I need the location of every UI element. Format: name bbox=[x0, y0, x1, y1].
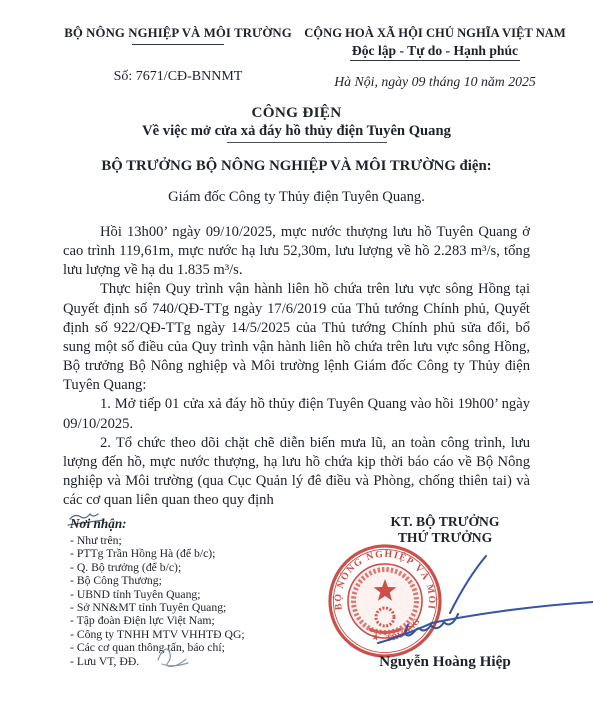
document-type-title: CÔNG ĐIỆN bbox=[0, 104, 593, 122]
order-item-1: 1. Mở tiếp 01 cửa xả đáy hồ thủy điện Tu… bbox=[63, 395, 530, 433]
recipients-block: Nơi nhận: - Như trên; - PTTg Trần Hồng H… bbox=[70, 516, 332, 668]
issuing-org-block: BỘ NÔNG NGHIỆP VÀ MÔI TRƯỜNG Số: 7671/CĐ… bbox=[56, 26, 300, 85]
paragraph-status: Hồi 13h00’ ngày 09/10/2025, mực nước thư… bbox=[63, 223, 530, 280]
recipient-item: - Tập đoàn Điện lực Việt Nam; bbox=[70, 614, 332, 627]
recipients-list: - Như trên; - PTTg Trần Hồng Hà (để b/c)… bbox=[70, 534, 332, 668]
paragraph-legal-basis: Thực hiện Quy trình vận hành liên hồ chứ… bbox=[63, 280, 530, 395]
recipients-heading: Nơi nhận: bbox=[70, 516, 332, 532]
national-title: CỘNG HOÀ XÃ HỘI CHỦ NGHĨA VIỆT NAM bbox=[300, 26, 570, 41]
recipient-item: - Như trên; bbox=[70, 534, 332, 547]
recipient-item: - Sở NN&MT tỉnh Tuyên Quang; bbox=[70, 601, 332, 614]
signer-title-line1: KT. BỘ TRƯỞNG bbox=[340, 514, 550, 530]
document-title-block: CÔNG ĐIỆN Về việc mở cửa xả đáy hồ thủy … bbox=[0, 104, 593, 143]
org-name-underline bbox=[132, 44, 224, 45]
document-subject: Về việc mở cửa xả đáy hồ thủy điện Tuyên… bbox=[0, 123, 593, 140]
national-motto: Độc lập - Tự do - Hạnh phúc bbox=[350, 43, 520, 61]
ministry-seal: BỘ NÔNG NGHIỆP VÀ MÔI ★ TRƯỜNG bbox=[327, 543, 443, 659]
official-dispatch-document: BỘ NÔNG NGHIỆP VÀ MÔI TRƯỜNG Số: 7671/CĐ… bbox=[0, 0, 593, 724]
order-heading: BỘ TRƯỞNG BỘ NÔNG NGHIỆP VÀ MÔI TRƯỜNG đ… bbox=[0, 158, 593, 175]
recipient-item: - Q. Bộ trưởng (để b/c); bbox=[70, 561, 332, 574]
national-header-block: CỘNG HOÀ XÃ HỘI CHỦ NGHĨA VIỆT NAM Độc l… bbox=[300, 26, 570, 90]
place-and-date: Hà Nội, ngày 09 tháng 10 năm 2025 bbox=[300, 74, 570, 90]
recipient-item: - Các cơ quan thông tấn, báo chí; bbox=[70, 641, 332, 654]
signer-title-block: KT. BỘ TRƯỞNG THỨ TRƯỞNG bbox=[340, 514, 550, 546]
order-item-2-text: 2. Tổ chức theo dõi chặt chẽ diễn biến m… bbox=[63, 435, 530, 508]
subject-underline bbox=[227, 142, 387, 143]
issuing-org-name: BỘ NÔNG NGHIỆP VÀ MÔI TRƯỜNG bbox=[56, 26, 300, 41]
recipient-item: - Công ty TNHH MTV VHHTĐ QG; bbox=[70, 628, 332, 641]
addressee-line: Giám đốc Công ty Thủy điện Tuyên Quang. bbox=[0, 189, 593, 206]
recipient-item: - Bộ Công Thương; bbox=[70, 574, 332, 587]
recipient-item: - UBND tỉnh Tuyên Quang; bbox=[70, 588, 332, 601]
recipient-item: - Lưu VT, ĐĐ. bbox=[70, 655, 332, 668]
document-number: Số: 7671/CĐ-BNNMT bbox=[56, 69, 300, 85]
document-body: Hồi 13h00’ ngày 09/10/2025, mực nước thư… bbox=[63, 223, 530, 528]
recipient-item: - PTTg Trần Hồng Hà (để b/c); bbox=[70, 547, 332, 560]
handwritten-initials bbox=[150, 642, 194, 668]
